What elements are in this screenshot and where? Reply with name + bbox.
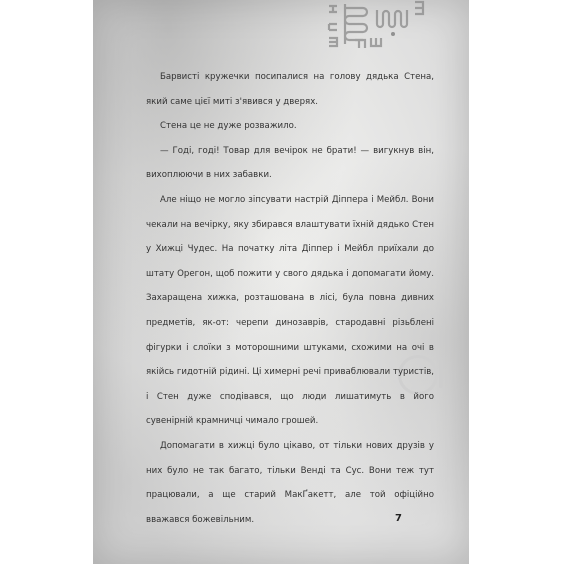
book-page: Барвисті кружечки посипалися на голову д… [93, 0, 469, 564]
paragraph: Допомагати в хижці було цікаво, от тільк… [146, 434, 434, 532]
paragraph: Але ніщо не могло зіпсувати настрій Діпп… [146, 188, 434, 434]
body-text: Барвисті кружечки посипалися на голову д… [146, 65, 434, 532]
page-number: 7 [395, 513, 402, 524]
cipher-glyph-pattern-icon [321, 0, 431, 50]
paragraph: Барвисті кружечки посипалися на голову д… [146, 65, 434, 114]
paragraph: — Годі, годі! Товар для вечірок не брати… [146, 139, 434, 188]
bar-symbol-icon [439, 360, 443, 388]
paragraph: Стена це не дуже розважило. [146, 114, 434, 139]
